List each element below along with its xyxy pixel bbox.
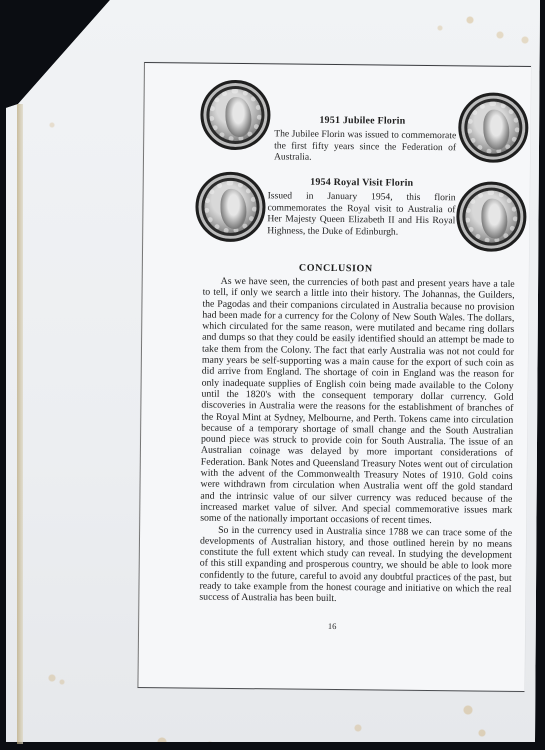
coin-image-jubilee-obverse [200,80,271,151]
printed-page: 1951 Jubilee Florin The Jubilee Florin w… [137,62,531,692]
coin-image-jubilee-reverse [458,92,529,163]
coin-image-royal-visit-reverse [456,181,527,252]
paragraph: So in the currency used in Australia sin… [199,524,512,606]
paper-fold-edge [17,104,23,744]
page-number: 16 [139,619,525,633]
section-heading: CONCLUSION [143,261,529,276]
paragraph: As we have seen, the currencies of both … [200,276,515,528]
caption-body: The Jubilee Florin was issued to commemo… [268,128,456,165]
conclusion-body: As we have seen, the currencies of both … [199,276,514,607]
caption-title: 1951 Jubilee Florin [268,114,456,127]
caption-jubilee-florin: 1951 Jubilee Florin The Jubilee Florin w… [268,114,457,165]
caption-body: Issued in January 1954, this florin comm… [267,190,455,238]
coin-image-royal-visit-obverse [195,172,266,243]
caption-royal-visit-florin: 1954 Royal Visit Florin Issued in Januar… [267,176,456,238]
caption-title: 1954 Royal Visit Florin [268,176,456,189]
